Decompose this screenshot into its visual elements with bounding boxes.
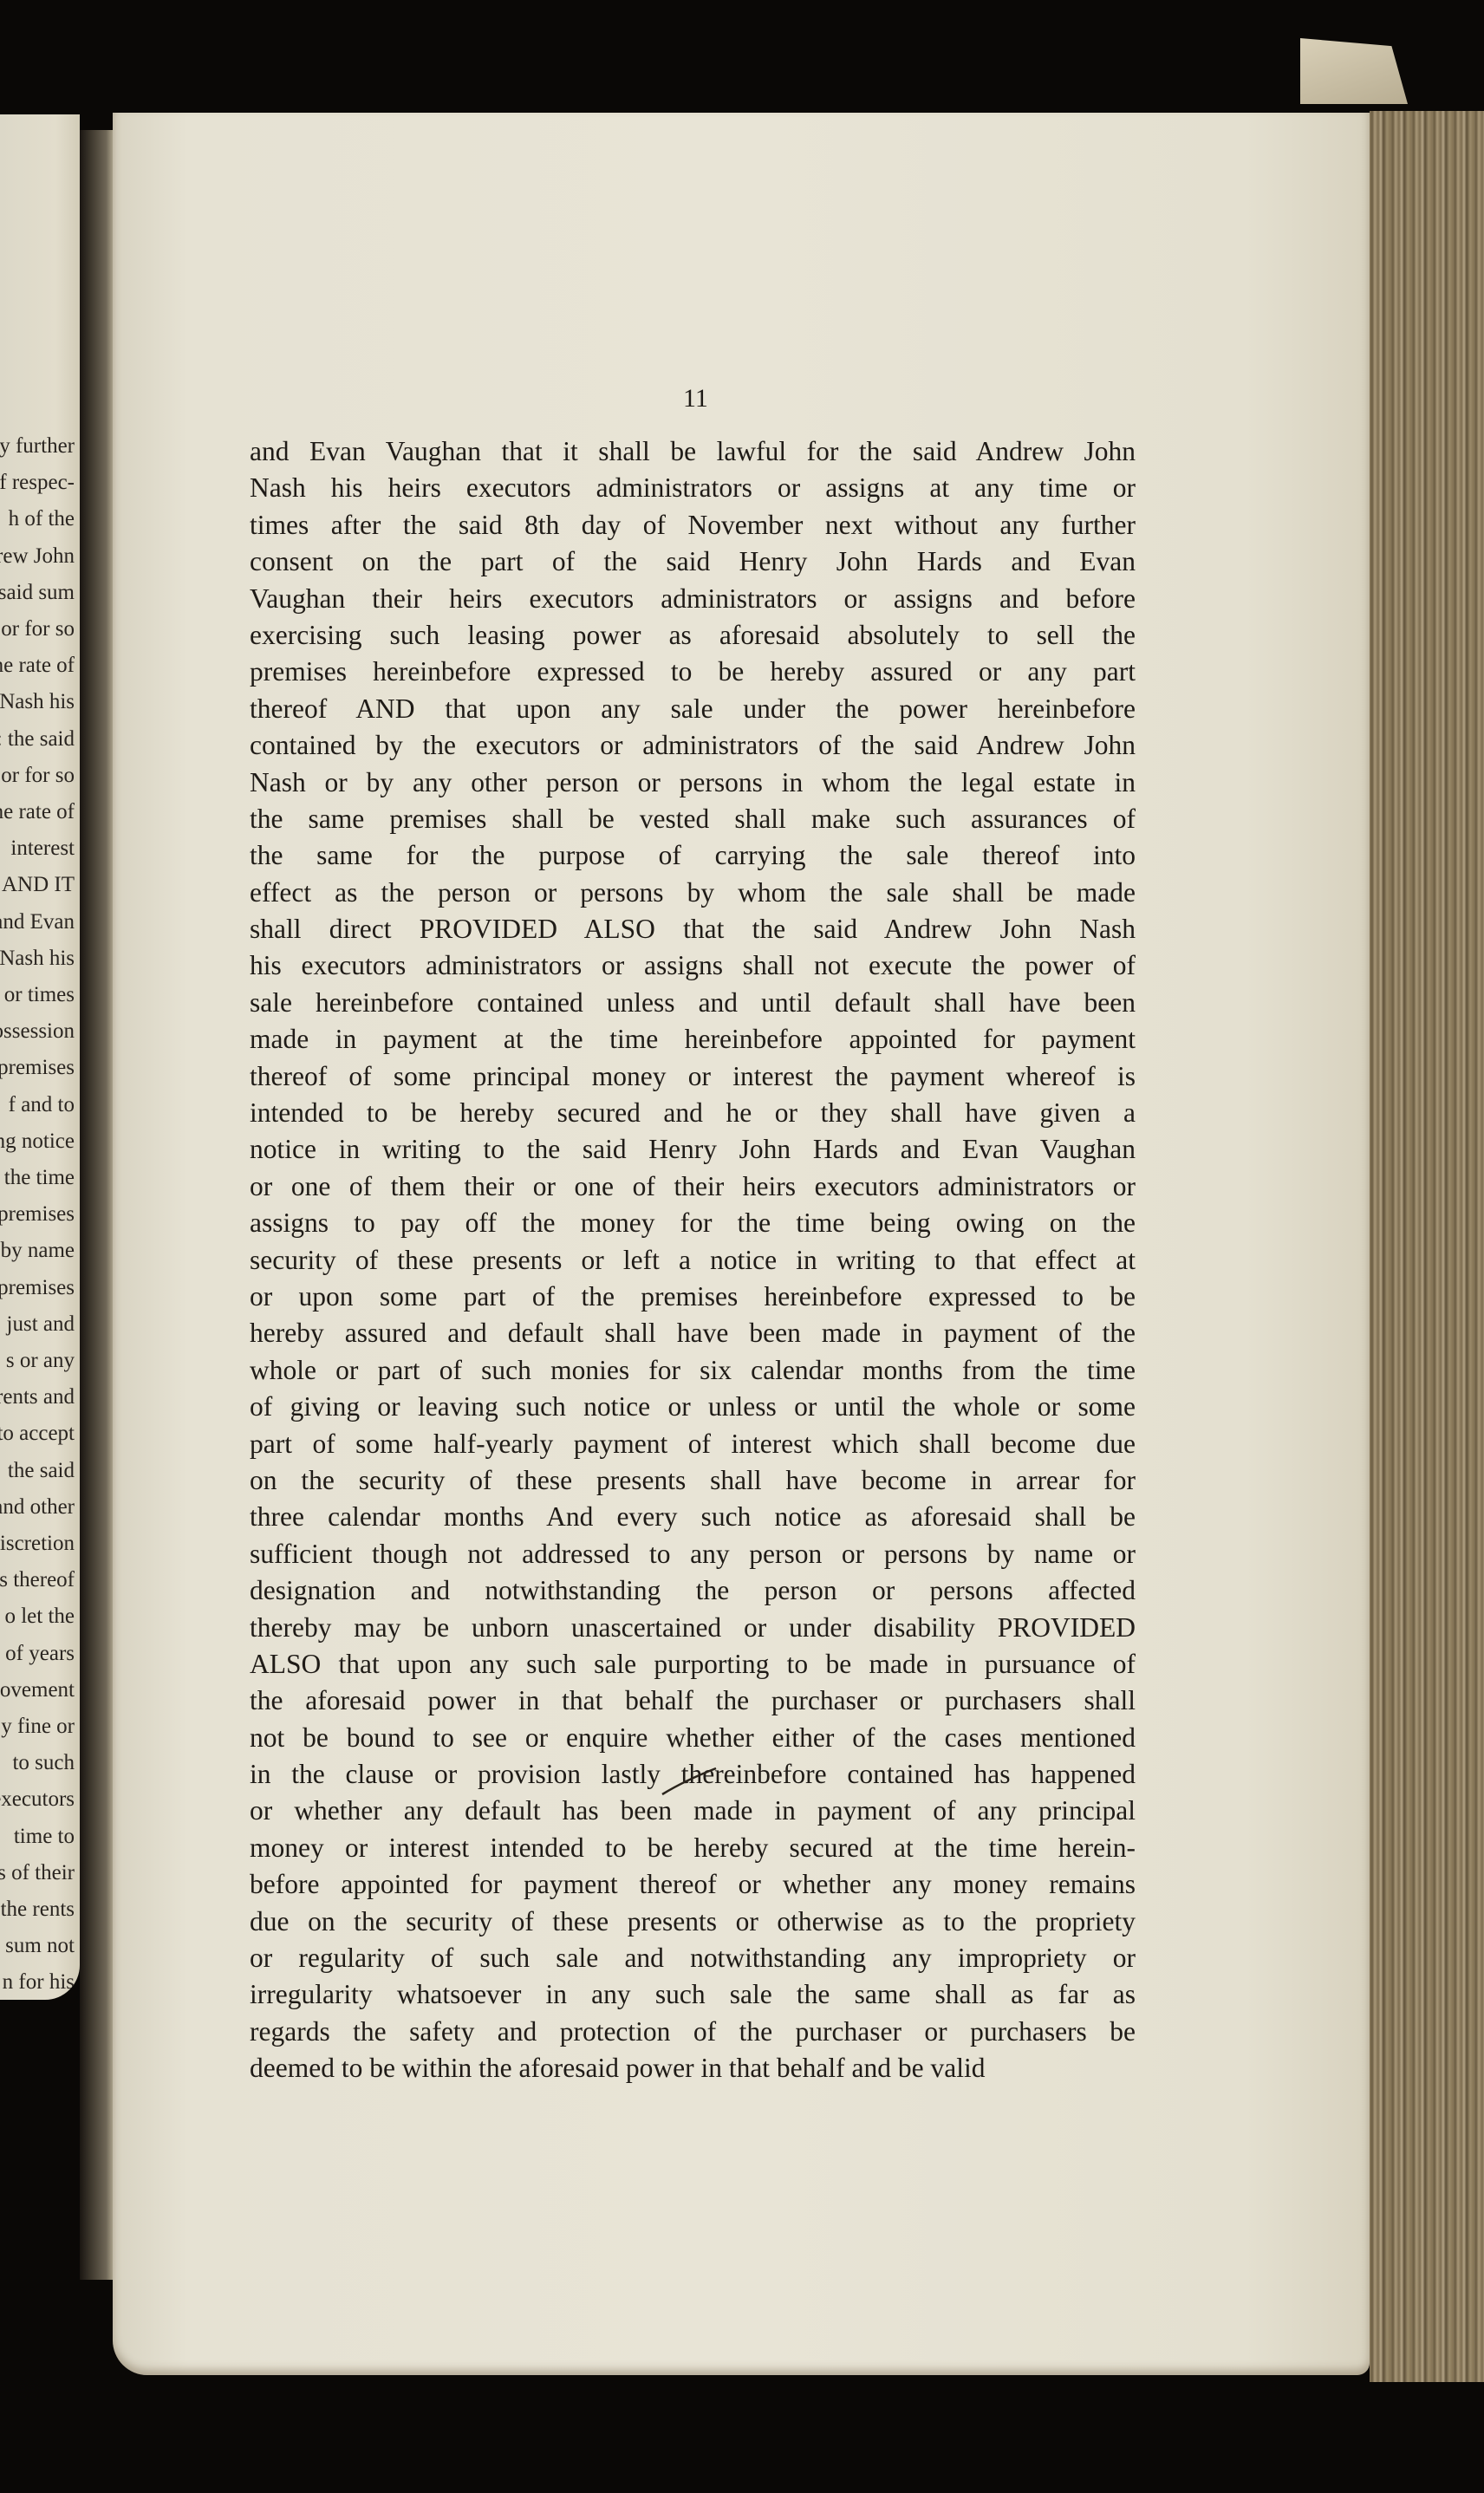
margin-text-fragment: o let the <box>4 1605 75 1627</box>
margin-text-fragment: : the said <box>0 728 75 750</box>
book-gutter <box>80 130 113 2280</box>
text-line: contained by the executors or administra… <box>250 727 1136 764</box>
text-line: in the clause or provision lastly therei… <box>250 1756 1136 1793</box>
previous-page-fragment: y furtherf respec-h of therew Johnsaid s… <box>0 114 80 2000</box>
margin-text-fragment: the time <box>4 1167 75 1188</box>
text-line: or one of them their or one of their hei… <box>250 1168 1136 1205</box>
margin-text-fragment: just and <box>7 1313 75 1335</box>
margin-text-fragment: of years <box>5 1643 75 1664</box>
text-line: Nash or by any other person or persons i… <box>250 765 1136 801</box>
text-line: regards the safety and protection of the… <box>250 2014 1136 2050</box>
text-line: or whether any default has been made in … <box>250 1793 1136 1829</box>
text-line: irregularity whatsoever in any such sale… <box>250 1976 1136 2013</box>
margin-text-fragment: f respec- <box>0 472 75 493</box>
text-line: whole or part of such monies for six cal… <box>250 1352 1136 1389</box>
text-line: money or interest intended to be hereby … <box>250 1830 1136 1866</box>
text-line: intended to be hereby secured and he or … <box>250 1095 1136 1131</box>
margin-text-fragment: ossession <box>0 1020 75 1042</box>
text-line: Vaughan their heirs executors administra… <box>250 581 1136 617</box>
margin-text-fragment: AND IT <box>2 874 75 895</box>
text-line: not be bound to see or enquire whether e… <box>250 1720 1136 1756</box>
margin-text-fragment: discretion <box>0 1533 75 1554</box>
margin-text-fragment: y further <box>0 435 75 457</box>
margin-text-fragment: said sum <box>0 582 75 603</box>
text-line: exercising such leasing power as aforesa… <box>250 617 1136 654</box>
text-line: security of these presents or left a not… <box>250 1242 1136 1279</box>
margin-text-fragment: rents and <box>0 1386 75 1408</box>
margin-text-fragment: f and to <box>9 1094 75 1116</box>
text-line: made in payment at the time hereinbefore… <box>250 1021 1136 1058</box>
margin-text-fragment: rovement <box>0 1679 75 1701</box>
margin-text-fragment: premises <box>0 1277 75 1299</box>
text-line: deemed to be within the aforesaid power … <box>250 2050 1136 2086</box>
margin-text-fragment: premises <box>0 1057 75 1078</box>
text-line: the aforesaid power in that behalf the p… <box>250 1683 1136 1719</box>
text-line: three calendar months And every such not… <box>250 1499 1136 1535</box>
margin-text-fragment: executors <box>0 1788 75 1810</box>
margin-text-fragment: to such <box>12 1752 75 1774</box>
margin-text-fragment: sum not <box>5 1935 75 1956</box>
margin-text-fragment: the said <box>8 1460 75 1481</box>
margin-text-fragment: and Evan <box>0 911 75 933</box>
text-line: or regularity of such sale and notwithst… <box>250 1940 1136 1976</box>
margin-text-fragment: or times <box>4 984 75 1006</box>
text-line: times after the said 8th day of November… <box>250 507 1136 544</box>
text-line: his executors administrators or assigns … <box>250 947 1136 984</box>
text-line: thereof of some principal money or inter… <box>250 1058 1136 1095</box>
margin-text-fragment: ne rate of <box>0 654 75 676</box>
text-line: the same for the purpose of carrying the… <box>250 837 1136 874</box>
margin-text-fragment: premises <box>0 1203 75 1225</box>
text-line: before appointed for payment thereof or … <box>250 1866 1136 1903</box>
margin-text-fragment: rew John <box>0 545 75 567</box>
margin-text-fragment: Nash his <box>0 947 75 969</box>
text-line: designation and notwithstanding the pers… <box>250 1572 1136 1609</box>
text-line: premises hereinbefore expressed to be he… <box>250 654 1136 690</box>
margin-text-fragment: ne rate of <box>0 801 75 823</box>
text-line: hereby assured and default shall have be… <box>250 1315 1136 1351</box>
text-line: on the security of these presents shall … <box>250 1462 1136 1499</box>
margin-text-fragment: to accept <box>0 1422 75 1444</box>
page-number: 11 <box>683 384 708 413</box>
text-line: due on the security of these presents or… <box>250 1904 1136 1940</box>
text-line: Nash his heirs executors administrators … <box>250 470 1136 506</box>
text-line: notice in writing to the said Henry John… <box>250 1131 1136 1168</box>
margin-text-fragment: or for so <box>1 765 75 786</box>
margin-text-fragment: s of their <box>0 1862 75 1884</box>
text-line: of giving or leaving such notice or unle… <box>250 1389 1136 1425</box>
text-line: thereby may be unborn unascertained or u… <box>250 1610 1136 1646</box>
margin-text-fragment: and other <box>0 1496 75 1518</box>
text-line: effect as the person or persons by whom … <box>250 875 1136 911</box>
margin-text-fragment: time to <box>14 1826 75 1847</box>
margin-text-fragment: y fine or <box>1 1715 75 1737</box>
text-line: ALSO that upon any such sale purporting … <box>250 1646 1136 1683</box>
margin-text-fragment: ts thereof <box>0 1569 75 1591</box>
margin-text-fragment: n for his <box>3 1971 75 1993</box>
margin-text-fragment: by name <box>1 1240 75 1261</box>
margin-text-fragment: h of the <box>9 508 75 530</box>
text-line: sufficient though not addressed to any p… <box>250 1536 1136 1572</box>
margin-text-fragment: interest <box>10 837 75 859</box>
text-line: part of some half-yearly payment of inte… <box>250 1426 1136 1462</box>
folded-page-corner <box>1300 38 1408 104</box>
text-line: thereof AND that upon any sale under the… <box>250 691 1136 727</box>
text-line: assigns to pay off the money for the tim… <box>250 1205 1136 1241</box>
text-line: and Evan Vaughan that it shall be lawful… <box>250 433 1136 470</box>
margin-text-fragment: Nash his <box>0 691 75 713</box>
margin-text-fragment: s or any <box>6 1350 75 1371</box>
page-body-text: and Evan Vaughan that it shall be lawful… <box>250 433 1136 2087</box>
text-line: sale hereinbefore contained unless and u… <box>250 985 1136 1021</box>
margin-text-fragment: ng notice <box>0 1130 75 1152</box>
book-page-edges <box>1370 111 1484 2382</box>
text-line: shall direct PROVIDED ALSO that the said… <box>250 911 1136 947</box>
margin-text-fragment: or for so <box>1 618 75 640</box>
text-line: consent on the part of the said Henry Jo… <box>250 544 1136 580</box>
text-line: the same premises shall be vested shall … <box>250 801 1136 837</box>
text-line: or upon some part of the premises herein… <box>250 1279 1136 1315</box>
margin-text-fragment: the rents <box>1 1898 75 1920</box>
